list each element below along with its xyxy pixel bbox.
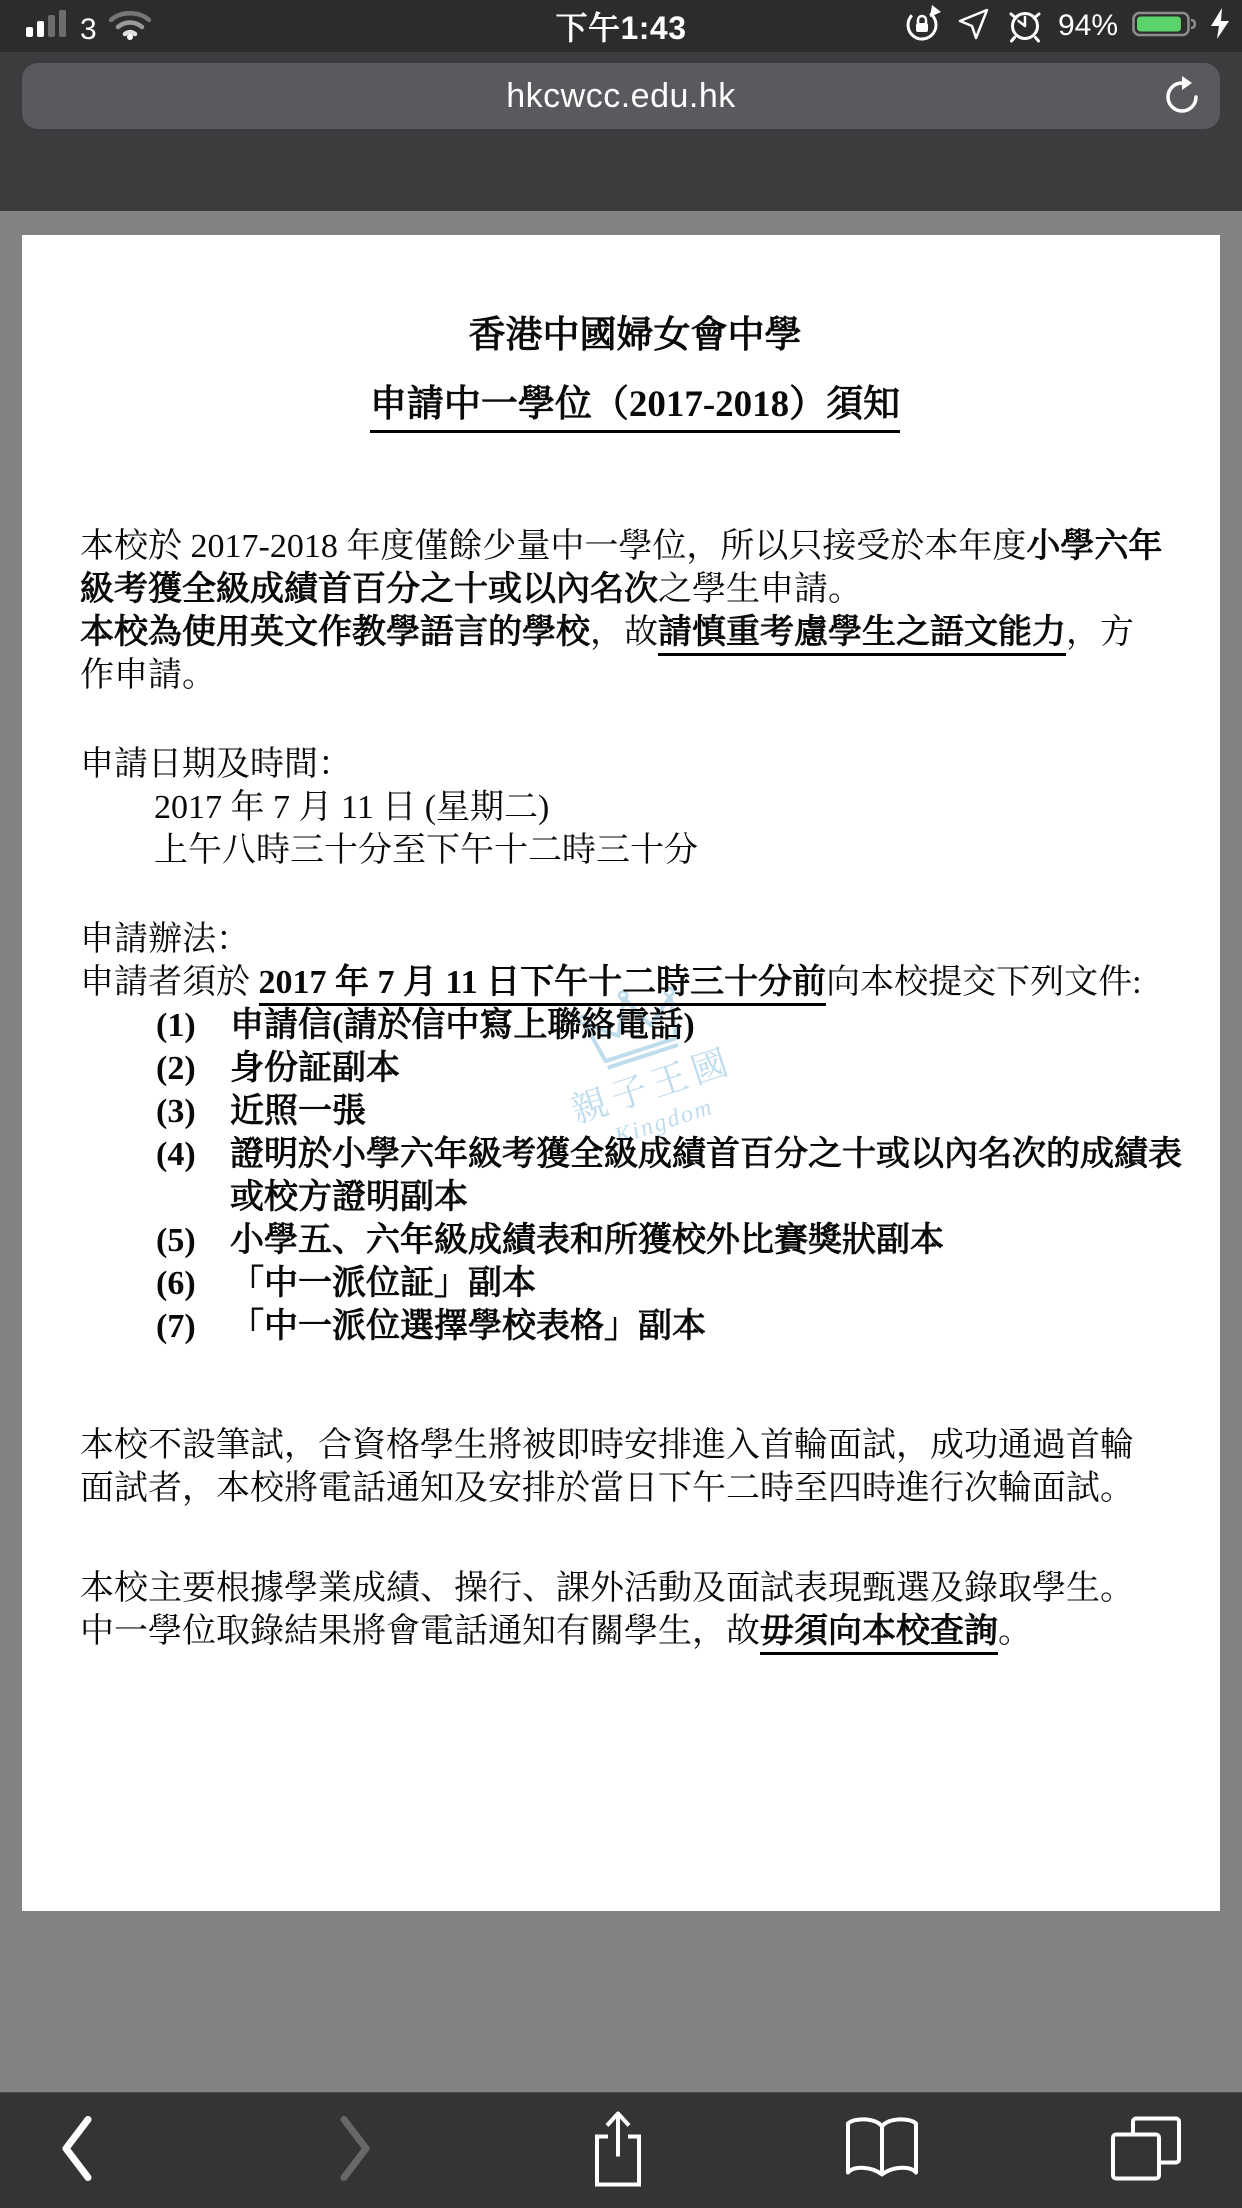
document-paragraph-interview: 本校不設筆試，合資格學生將被即時安排進入首輪面試，成功通過首輪面試者，本校將電話… xyxy=(80,1424,1190,1510)
list-item-number: (3) xyxy=(156,1090,196,1133)
text-segment: 申請辦法： xyxy=(80,921,250,958)
document-list-item: (7)「中一派位選擇學校表格」副本 xyxy=(80,1305,1190,1348)
document-paragraph-selection: 本校主要根據學業成績、操行、課外活動及面試表現甄選及錄取學生。中一學位取錄結果將… xyxy=(80,1567,1190,1653)
url-text: hkcwcc.edu.hk xyxy=(506,77,736,116)
open-book-icon xyxy=(840,2112,924,2184)
method-intro: 申請者須於 2017 年 7 月 11 日下午十二時三十分前向本校提交下列文件: xyxy=(80,961,1190,1004)
document-list-item: (4)證明於小學六年級考獲全級成績首百分之十或以內名次的成績表或校方證明副本 xyxy=(80,1133,1190,1219)
text-segment: 中一學位取錄結果將會電話通知有關學生，故 xyxy=(80,1613,760,1650)
share-button[interactable] xyxy=(587,2106,649,2195)
list-item-number: (6) xyxy=(156,1262,196,1305)
list-item-number: (1) xyxy=(156,1004,196,1047)
text-segment: 本校於 2017-2018 年度僅餘少量中一學位，所以只接受於本年度 xyxy=(80,528,1026,565)
text-segment: 申請信(請於信中寫上聯絡電話) xyxy=(230,1007,695,1044)
document-list-item: (6)「中一派位証」副本 xyxy=(80,1262,1190,1305)
document-paragraph-intro: 本校於 2017-2018 年度僅餘少量中一學位，所以只接受於本年度小學六年級考… xyxy=(80,525,1190,697)
text-segment: 之學生申請。 xyxy=(658,571,862,608)
battery-percent-label: 94% xyxy=(1058,9,1118,43)
document-list-item: (5)小學五、六年級成績表和所獲校外比賽獎狀副本 xyxy=(80,1219,1190,1262)
text-segment: 香港中國婦女會中學 xyxy=(469,315,802,356)
text-segment: 本校主要根據學業成績、操行、課外活動及面試表現甄選及錄取學生。 xyxy=(80,1570,1134,1607)
section-heading-date: 申請日期及時間： xyxy=(80,743,1190,786)
document-title: 香港中國婦女會中學 xyxy=(80,307,1190,364)
share-icon xyxy=(587,2106,649,2190)
text-segment: 向本校提交下列文件: xyxy=(826,964,1141,1001)
list-item-number: (2) xyxy=(156,1047,196,1090)
document-list-item: (2)身份証副本 xyxy=(80,1047,1190,1090)
document-body: 香港中國婦女會中學申請中一學位（2017-2018）須知本校於 2017-201… xyxy=(22,235,1220,1653)
bookmarks-button[interactable] xyxy=(840,2112,924,2189)
status-right-group: 94% xyxy=(902,0,1230,52)
tabs-icon xyxy=(1107,2112,1185,2184)
status-bar: 3 下午1:43 xyxy=(0,0,1242,52)
text-segment: 毋須向本校查詢 xyxy=(760,1613,998,1655)
text-segment: 小學六年 xyxy=(1026,528,1162,565)
text-segment: 本校為使用英文作教學語言的學校 xyxy=(80,614,590,651)
text-segment: ，方 xyxy=(1066,614,1134,651)
safari-nav-bar: hkcwcc.edu.hk xyxy=(0,52,1242,211)
document-page: 親子王國 Kingdom 香港中國婦女會中學申請中一學位（2017-2018）須… xyxy=(22,235,1220,1911)
section-heading-method: 申請辦法： xyxy=(80,918,1190,961)
text-segment: 申請日期及時間： xyxy=(80,746,352,783)
text-segment: 上午八時三十分至下午十二時三十分 xyxy=(154,832,698,869)
text-segment: 本校不設筆試，合資格學生將被即時安排進入首輪面試，成功通過首輪 xyxy=(80,1427,1134,1464)
text-segment: 身份証副本 xyxy=(230,1050,400,1087)
text-segment: ，故 xyxy=(590,614,658,651)
alarm-clock-icon xyxy=(1006,5,1044,48)
text-segment: 面試者，本校將電話通知及安排於當日下午二時至四時進行次輪面試。 xyxy=(80,1470,1134,1507)
text-segment: 「中一派位選擇學校表格」副本 xyxy=(230,1308,706,1345)
text-segment: 級考獲全級成績首百分之十或以內名次 xyxy=(80,571,658,608)
safari-toolbar xyxy=(0,2092,1242,2208)
date-line: 2017 年 7 月 11 日 (星期二) xyxy=(80,786,1190,829)
location-arrow-icon xyxy=(956,6,992,47)
text-segment: 「中一派位証」副本 xyxy=(230,1265,536,1302)
orientation-lock-icon xyxy=(902,4,942,49)
document-list-item: (3)近照一張 xyxy=(80,1090,1190,1133)
text-segment: 2017 年 7 月 11 日下午十二時三十分前 xyxy=(259,964,827,1006)
text-segment: 小學五、六年級成績表和所獲校外比賽獎狀副本 xyxy=(230,1222,944,1259)
list-item-number: (4) xyxy=(156,1133,196,1176)
iphone-safari-screen: 3 下午1:43 xyxy=(0,0,1242,2208)
charging-bolt-icon xyxy=(1210,8,1230,45)
text-segment: 2017 年 7 月 11 日 (星期二) xyxy=(154,789,549,826)
battery-icon xyxy=(1132,9,1196,44)
text-segment: 申請者須於 xyxy=(80,964,259,1001)
list-item-number: (7) xyxy=(156,1305,196,1348)
chevron-left-icon xyxy=(60,2115,96,2181)
web-content-area[interactable]: 親子王國 Kingdom 香港中國婦女會中學申請中一學位（2017-2018）須… xyxy=(0,211,1242,2093)
document-subtitle: 申請中一學位（2017-2018）須知 xyxy=(80,376,1190,433)
reload-button[interactable] xyxy=(1160,75,1204,119)
document-list-item: (1)申請信(請於信中寫上聯絡電話) xyxy=(80,1004,1190,1047)
text-segment: 近照一張 xyxy=(230,1093,366,1130)
forward-button[interactable] xyxy=(336,2115,372,2186)
text-segment: 證明於小學六年級考獲全級成績首百分之十或以內名次的成績表 xyxy=(230,1136,1182,1173)
time-line: 上午八時三十分至下午十二時三十分 xyxy=(80,829,1190,872)
text-segment: 請慎重考慮學生之語文能力 xyxy=(658,614,1066,656)
tabs-button[interactable] xyxy=(1107,2112,1185,2189)
text-segment: 申請中一學位（2017-2018）須知 xyxy=(370,384,900,433)
back-button[interactable] xyxy=(60,2115,96,2186)
text-segment: 或校方證明副本 xyxy=(230,1179,468,1216)
list-item-number: (5) xyxy=(156,1219,196,1262)
text-segment: 。 xyxy=(998,1613,1032,1650)
chevron-right-icon xyxy=(336,2115,372,2181)
text-segment: 作申請。 xyxy=(80,657,216,694)
url-address-field[interactable]: hkcwcc.edu.hk xyxy=(22,63,1220,129)
